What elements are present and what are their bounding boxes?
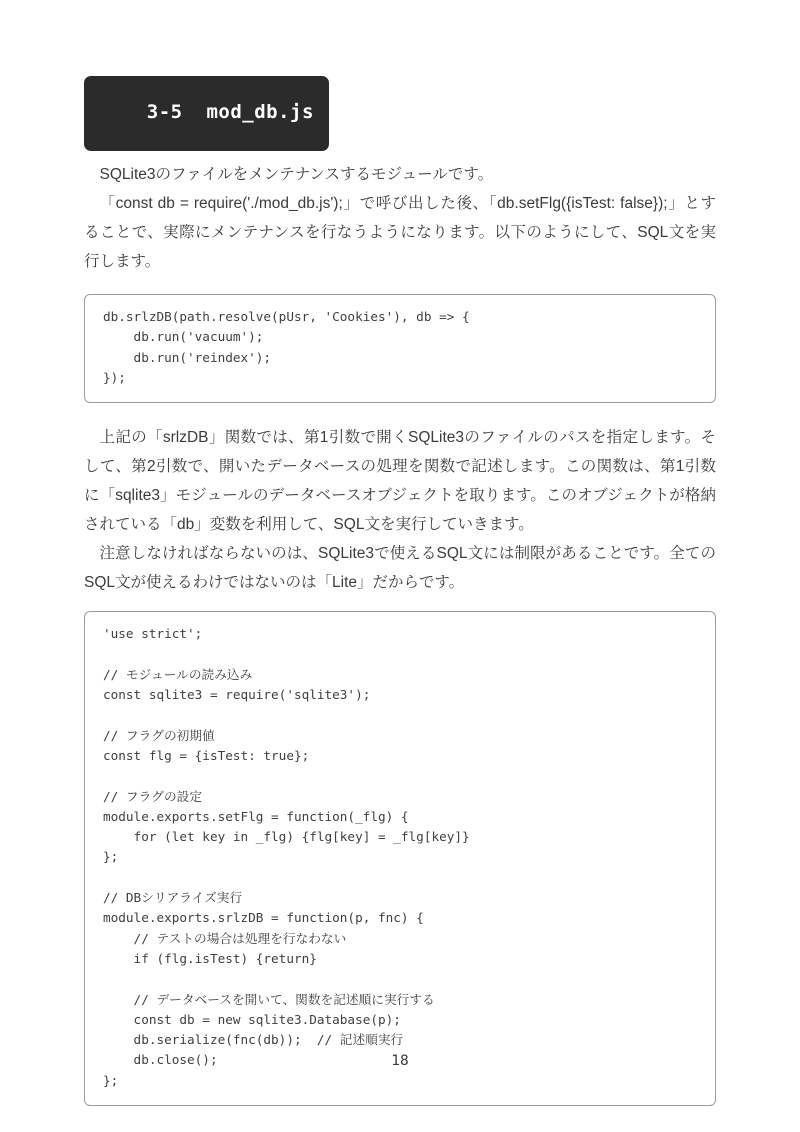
paragraph-explanation: 上記の「srlzDB」関数では、第1引数で開くSQLite3のファイルのパスを指… xyxy=(84,423,716,539)
section-badge-label: 3-5 mod_db.js xyxy=(147,101,314,123)
paragraph-usage: 「const db = require('./mod_db.js');」で呼び出… xyxy=(84,189,716,276)
code-block-srlzdb-call: db.srlzDB(path.resolve(pUsr, 'Cookies'),… xyxy=(84,294,716,403)
page: 3-5 mod_db.js SQLite3のファイルをメンテナンスするモジュール… xyxy=(0,0,800,1132)
page-number: 18 xyxy=(391,1053,408,1069)
code-block-mod-db-source: 'use strict'; // モジュールの読み込み const sqlite… xyxy=(84,611,716,1106)
section-badge: 3-5 mod_db.js xyxy=(84,76,329,151)
paragraph-caution: 注意しなければならないのは、SQLite3で使えるSQL文には制限があることです… xyxy=(84,539,716,597)
page-footer: 18 xyxy=(0,1053,800,1069)
paragraph-intro: SQLite3のファイルをメンテナンスするモジュールです。 xyxy=(84,160,716,189)
